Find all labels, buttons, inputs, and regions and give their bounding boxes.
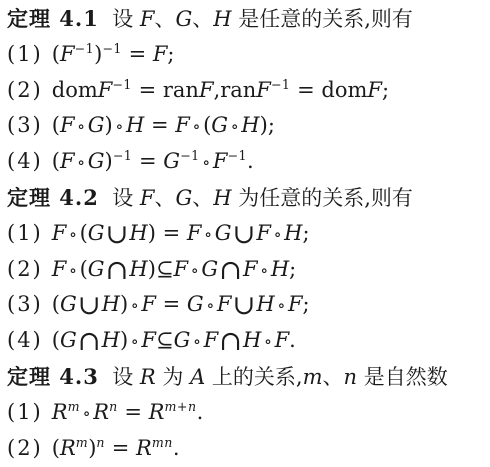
superscript-exponent: n	[96, 435, 105, 450]
text-run: 上的关系,	[205, 365, 302, 389]
text-run: 为任意的关系,则有	[232, 186, 413, 210]
text-run: ;	[303, 221, 310, 245]
item-number: (4)	[7, 149, 43, 173]
text-run: = dom	[290, 78, 367, 102]
math-variable: F	[60, 113, 75, 137]
math-variable: G	[175, 7, 192, 31]
text-run: 设	[99, 186, 140, 210]
composition-operator-icon: ∘	[190, 116, 203, 136]
math-variable: G	[88, 257, 105, 281]
math-variable: H	[102, 328, 120, 352]
math-variable: G	[88, 149, 105, 173]
composition-operator-icon: ∘	[128, 295, 141, 315]
composition-operator-icon: ∘	[275, 295, 288, 315]
set-operator-icon: ∩	[77, 326, 102, 357]
math-variable: H	[213, 7, 231, 31]
math-variable: F	[367, 78, 382, 102]
theorem-label: 定理 4.2	[7, 185, 99, 210]
math-variable: H	[256, 292, 274, 316]
text-run: =	[105, 436, 136, 460]
superscript-exponent: −1	[75, 41, 95, 56]
theorem-4-2-heading: 定理 4.2 设 F、G、H 为任意的关系,则有	[7, 180, 488, 216]
text-run: ;	[289, 257, 296, 281]
text-run: ;	[303, 292, 310, 316]
text-run: 是自然数	[357, 365, 448, 389]
math-variable: G	[187, 292, 204, 316]
math-variable: H	[126, 113, 144, 137]
math-variable: R	[52, 400, 68, 424]
text-run: 、	[154, 7, 175, 31]
document-body: 定理 4.1 设 F、G、H 是任意的关系,则有(1)(F−1)−1 = F;(…	[7, 1, 488, 466]
math-variable: F	[141, 328, 156, 352]
set-operator-icon: ∪	[231, 219, 256, 250]
text-run: (	[52, 42, 60, 66]
text-run: 、	[323, 365, 344, 389]
composition-operator-icon: ∘	[66, 224, 79, 244]
text-run: =	[118, 400, 149, 424]
math-variable: F	[52, 257, 67, 281]
math-variable: n	[344, 365, 358, 389]
math-variable: F	[256, 221, 271, 245]
text-run: ⊆	[156, 328, 174, 352]
math-variable: R	[136, 436, 152, 460]
math-variable: F	[140, 7, 155, 31]
composition-operator-icon: ∘	[75, 116, 88, 136]
composition-operator-icon: ∘	[75, 152, 88, 172]
math-variable: H	[271, 257, 289, 281]
set-operator-icon: ∪	[232, 290, 257, 321]
theorem-4-2-item-4: (4)(G∩H)∘F⊆G∘F∩H∘F.	[7, 323, 488, 359]
text-run: )⊆	[148, 257, 174, 281]
theorem-4-2-item-2: (2)F∘(G∩H)⊆F∘G∩F∘H;	[7, 252, 488, 288]
set-operator-icon: ∩	[218, 326, 243, 357]
text-run: (	[80, 257, 88, 281]
math-variable: F	[243, 257, 258, 281]
math-variable: m	[303, 365, 323, 389]
math-variable: G	[88, 113, 105, 137]
math-variable: H	[102, 292, 120, 316]
text-run: (	[52, 113, 60, 137]
math-variable: G	[211, 113, 228, 137]
math-variable: G	[175, 186, 192, 210]
theorem-4-2-item-3: (3)(G∪H)∘F = G∘F∪H∘F;	[7, 287, 488, 323]
text-run: ,ran	[214, 78, 257, 102]
math-variable: F	[256, 78, 271, 102]
text-run: .	[197, 400, 204, 424]
composition-operator-icon: ∘	[113, 116, 126, 136]
math-variable: H	[213, 186, 231, 210]
math-variable: R	[149, 400, 165, 424]
composition-operator-icon: ∘	[201, 224, 214, 244]
text-run: =	[156, 292, 187, 316]
math-variable: H	[129, 257, 147, 281]
superscript-exponent: n	[109, 399, 118, 414]
math-variable: F	[141, 292, 156, 316]
math-variable: F	[213, 149, 228, 173]
math-variable: F	[52, 221, 67, 245]
math-variable: F	[275, 328, 290, 352]
textbook-page: 定理 4.1 设 F、G、H 是任意的关系,则有(1)(F−1)−1 = F;(…	[0, 0, 490, 466]
text-run: (	[52, 328, 60, 352]
item-number: (2)	[7, 78, 43, 102]
composition-operator-icon: ∘	[261, 331, 274, 351]
math-variable: F	[60, 42, 75, 66]
math-variable: H	[243, 328, 261, 352]
item-number: (3)	[7, 113, 43, 137]
composition-operator-icon: ∘	[228, 116, 241, 136]
text-run: )	[105, 149, 113, 173]
text-run: )	[105, 113, 113, 137]
theorem-label: 定理 4.3	[7, 364, 99, 389]
text-run: (	[52, 149, 60, 173]
theorem-label: 定理 4.1	[7, 6, 99, 31]
math-variable: F	[175, 113, 190, 137]
text-run: 设	[99, 7, 140, 31]
text-run: =	[132, 149, 163, 173]
math-variable: F	[60, 149, 75, 173]
math-variable: G	[60, 292, 77, 316]
item-number: (1)	[7, 400, 43, 424]
math-variable: F	[98, 78, 113, 102]
math-variable: G	[201, 257, 218, 281]
theorem-4-1-heading: 定理 4.1 设 F、G、H 是任意的关系,则有	[7, 1, 488, 37]
math-variable: G	[88, 221, 105, 245]
theorem-4-1-item-3: (3)(F∘G)∘H = F∘(G∘H);	[7, 108, 488, 144]
composition-operator-icon: ∘	[258, 260, 271, 280]
text-run: dom	[52, 78, 98, 102]
math-variable: G	[60, 328, 77, 352]
superscript-exponent: −1	[227, 148, 247, 163]
text-run: =	[122, 42, 153, 66]
math-variable: F	[199, 78, 214, 102]
text-run: (	[52, 292, 60, 316]
text-run: .	[289, 328, 296, 352]
item-number: (1)	[7, 42, 43, 66]
text-run: 设	[99, 365, 140, 389]
text-run: 、	[192, 186, 213, 210]
text-run: .	[173, 436, 180, 460]
composition-operator-icon: ∘	[190, 331, 203, 351]
math-variable: F	[140, 186, 155, 210]
math-variable: F	[153, 42, 168, 66]
math-variable: A	[190, 365, 205, 389]
set-operator-icon: ∩	[105, 255, 130, 286]
text-run: );	[260, 113, 275, 137]
text-run: ;	[167, 42, 174, 66]
composition-operator-icon: ∘	[271, 224, 284, 244]
theorem-4-1-item-4: (4)(F∘G)−1 = G−1∘F−1.	[7, 144, 488, 180]
math-variable: G	[215, 221, 232, 245]
math-variable: F	[174, 257, 189, 281]
superscript-exponent: m+n	[164, 399, 196, 414]
item-number: (2)	[7, 257, 43, 281]
math-variable: G	[174, 328, 191, 352]
text-run: )	[120, 328, 128, 352]
text-run: )	[120, 292, 128, 316]
text-run: =	[144, 113, 175, 137]
text-run: 是任意的关系,则有	[232, 7, 413, 31]
theorem-4-2-item-1: (1)F∘(G∪H) = F∘G∪F∘H;	[7, 216, 488, 252]
text-run: 、	[192, 7, 213, 31]
set-operator-icon: ∪	[77, 290, 102, 321]
math-variable: F	[204, 328, 219, 352]
math-variable: H	[284, 221, 302, 245]
theorem-4-3-heading: 定理 4.3 设 R 为 A 上的关系,m、n 是自然数	[7, 359, 488, 395]
item-number: (3)	[7, 292, 43, 316]
set-operator-icon: ∪	[105, 219, 130, 250]
math-variable: H	[241, 113, 259, 137]
superscript-exponent: −1	[112, 77, 132, 92]
text-run: 、	[154, 186, 175, 210]
superscript-exponent: −1	[180, 148, 200, 163]
math-variable: G	[163, 149, 180, 173]
text-run: .	[247, 149, 254, 173]
composition-operator-icon: ∘	[204, 295, 217, 315]
item-number: (1)	[7, 221, 43, 245]
superscript-exponent: m	[76, 435, 88, 450]
theorem-4-1-item-2: (2)domF−1 = ranF,ranF−1 = domF;	[7, 73, 488, 109]
math-variable: F	[187, 221, 202, 245]
item-number: (2)	[7, 436, 43, 460]
math-variable: F	[217, 292, 232, 316]
set-operator-icon: ∩	[218, 255, 243, 286]
text-run: ) =	[148, 221, 187, 245]
math-variable: H	[129, 221, 147, 245]
composition-operator-icon: ∘	[66, 260, 79, 280]
theorem-4-1-item-1: (1)(F−1)−1 = F;	[7, 37, 488, 73]
math-variable: F	[288, 292, 303, 316]
composition-operator-icon: ∘	[80, 403, 93, 423]
text-run: (	[80, 221, 88, 245]
math-variable: R	[93, 400, 109, 424]
theorem-4-3-item-2: (2)(Rm)n = Rmn.	[7, 431, 488, 467]
text-run: 为	[156, 365, 190, 389]
composition-operator-icon: ∘	[128, 331, 141, 351]
composition-operator-icon: ∘	[188, 260, 201, 280]
superscript-exponent: −1	[102, 41, 122, 56]
superscript-exponent: m	[68, 399, 80, 414]
item-number: (4)	[7, 328, 43, 352]
math-variable: R	[140, 365, 156, 389]
superscript-exponent: −1	[113, 148, 133, 163]
composition-operator-icon: ∘	[200, 152, 213, 172]
text-run: ;	[382, 78, 389, 102]
superscript-exponent: mn	[152, 435, 173, 450]
math-variable: R	[60, 436, 76, 460]
text-run: (	[52, 436, 60, 460]
text-run: = ran	[132, 78, 199, 102]
theorem-4-3-item-1: (1)Rm∘Rn = Rm+n.	[7, 395, 488, 431]
superscript-exponent: −1	[271, 77, 291, 92]
